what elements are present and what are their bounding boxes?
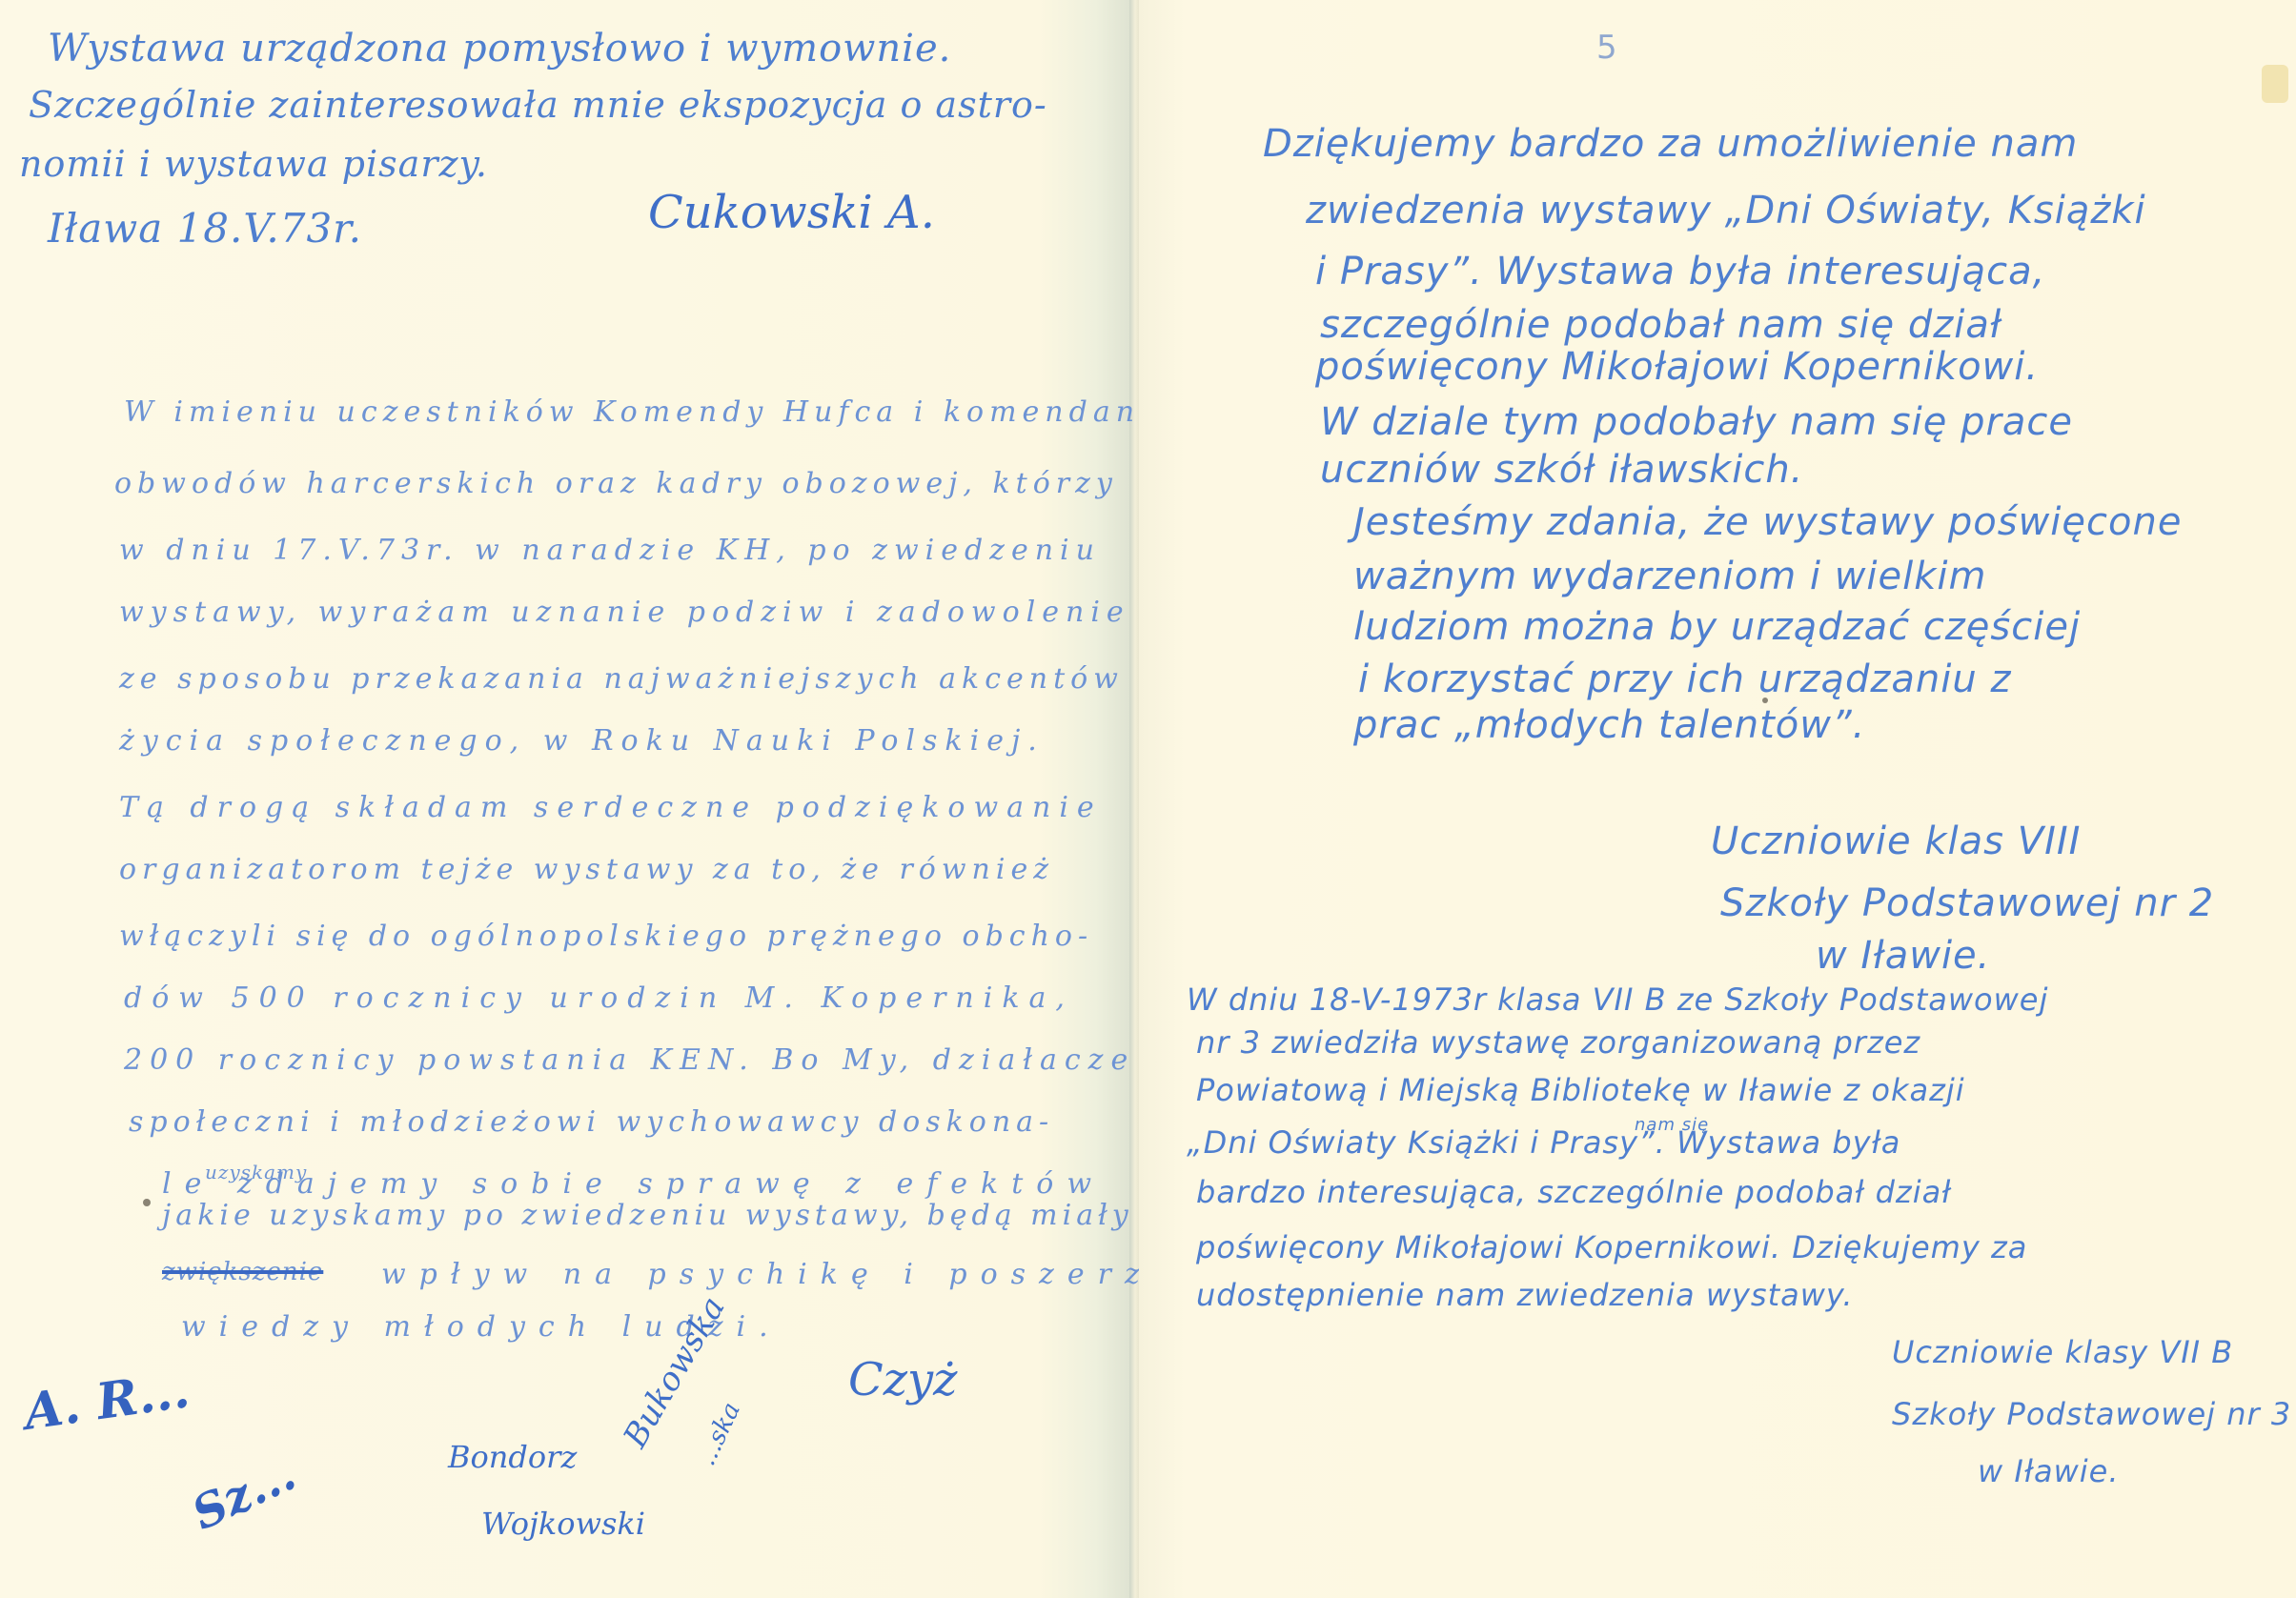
entry-line: jakie uzyskamy po zwiedzeniu wystawy, bę… bbox=[162, 1199, 1133, 1232]
signature: Czyż bbox=[848, 1353, 957, 1406]
signature: Cukowski A. bbox=[648, 186, 935, 239]
insertion-note: uzyskamy bbox=[205, 1161, 307, 1183]
entry-line: ze sposobu przekazania najważniejszych a… bbox=[119, 662, 1124, 696]
entry-line: i Prasy”. Wystawa była interesująca, bbox=[1315, 250, 2045, 293]
page-number: 5 bbox=[1596, 29, 1617, 67]
entry-line: ważnym wydarzeniom i wielkim bbox=[1353, 555, 1987, 598]
signature: Wojkowski bbox=[481, 1506, 645, 1542]
entry-line: Wystawa urządzona pomysłowo i wymownie. bbox=[48, 27, 951, 71]
signature-line: w Iławie. bbox=[1816, 934, 1990, 978]
entry-line: wystawy, wyrażam uznanie podziw i zadowo… bbox=[119, 596, 1130, 629]
ink-dot bbox=[143, 1199, 151, 1206]
entry-line: udostępnienie nam zwiedzenia wystawy. bbox=[1196, 1277, 1854, 1313]
entry-line: Dziękujemy bardzo za umożliwienie nam bbox=[1263, 122, 2078, 166]
struck-word: zwiększenie bbox=[162, 1258, 323, 1286]
signature: A. R... bbox=[21, 1361, 193, 1442]
entry-line: zwiedzenia wystawy „Dni Oświaty, Książki bbox=[1306, 189, 2146, 233]
entry-line: Szczególnie zainteresowała mnie ekspozyc… bbox=[29, 84, 1047, 126]
entry-line: nomii i wystawa pisarzy. bbox=[19, 143, 488, 185]
insertion-note: nam się bbox=[1635, 1115, 1709, 1135]
entry-line: Powiatową i Miejską Bibliotekę w Iławie … bbox=[1196, 1072, 1965, 1108]
entry-line: społeczni i młodzieżowi wychowawcy dosko… bbox=[129, 1105, 1054, 1139]
entry-line: bardzo interesująca, szczególnie podobał… bbox=[1196, 1174, 1951, 1210]
signature-line: Uczniowie klas VIII bbox=[1711, 819, 2081, 863]
left-page: Wystawa urządzona pomysłowo i wymownie. … bbox=[0, 0, 1129, 1598]
paper-stain bbox=[2262, 65, 2288, 103]
book-spine bbox=[1129, 0, 1139, 1598]
entry-line: 200 rocznicy powstania KEN. Bo My, dział… bbox=[124, 1043, 1135, 1077]
signature-line: Szkoły Podstawowej nr 2 bbox=[1720, 881, 2214, 925]
entry-line: prac „młodych talentów”. bbox=[1353, 703, 1865, 747]
signature-line: w Iławie. bbox=[1978, 1453, 2120, 1489]
signature-line: Szkoły Podstawowej nr 3 bbox=[1892, 1396, 2291, 1432]
guestbook-spread: Wystawa urządzona pomysłowo i wymownie. … bbox=[0, 0, 2296, 1598]
signature: Bondorz bbox=[448, 1439, 577, 1475]
entry-line: dów 500 rocznicy urodzin M. Kopernika, bbox=[124, 981, 1074, 1015]
entry-line: życia społecznego, w Roku Nauki Polskiej… bbox=[119, 724, 1045, 758]
entry-line: szczególnie podobał nam się dział bbox=[1320, 303, 2001, 347]
entry-line: W dniu 18-V-1973r klasa VII B ze Szkoły … bbox=[1187, 981, 2048, 1018]
entry-line: poświęcony Mikołajowi Kopernikowi. Dzięk… bbox=[1196, 1229, 2027, 1265]
signature-line: Uczniowie klasy VII B bbox=[1892, 1334, 2233, 1370]
signature: Sz... bbox=[184, 1447, 303, 1541]
entry-line: W imieniu uczestników Komendy Hufca i ko… bbox=[124, 395, 1210, 429]
entry-line: w dniu 17.V.73r. w naradzie KH, po zwied… bbox=[119, 534, 1101, 567]
entry-line: W dziale tym podobały nam się prace bbox=[1320, 400, 2073, 444]
signature: ...ska bbox=[692, 1398, 746, 1470]
entry-line: poświęcony Mikołajowi Kopernikowi. bbox=[1315, 345, 2039, 389]
entry-line: Tą drogą składam serdeczne podziękowanie bbox=[119, 791, 1103, 824]
ink-dot bbox=[1762, 698, 1768, 703]
right-page: 5 Dziękujemy bardzo za umożliwienie nam … bbox=[1139, 0, 2296, 1598]
entry-line: wpływ na psychikę i poszerzenie bbox=[381, 1258, 1268, 1291]
entry-line: włączyli się do ogólnopolskiego prężnego… bbox=[119, 920, 1093, 953]
entry-line: ludziom można by urządzać częściej bbox=[1353, 605, 2081, 649]
entry-line: obwodów harcerskich oraz kadry obozowej,… bbox=[114, 467, 1118, 500]
entry-line: Jesteśmy zdania, że wystawy poświęcone bbox=[1353, 500, 2182, 544]
entry-line: uczniów szkół iławskich. bbox=[1320, 448, 1803, 492]
entry-line: nr 3 zwiedziła wystawę zorganizowaną prz… bbox=[1196, 1024, 1920, 1061]
entry-line: organizatorom tejże wystawy za to, że ró… bbox=[119, 853, 1054, 886]
entry-date-place: Iława 18.V.73r. bbox=[48, 205, 362, 252]
entry-line: „Dni Oświaty Książki i Prasy”. Wystawa b… bbox=[1187, 1124, 1900, 1161]
entry-line: i korzystać przy ich urządzaniu z bbox=[1358, 657, 2011, 701]
